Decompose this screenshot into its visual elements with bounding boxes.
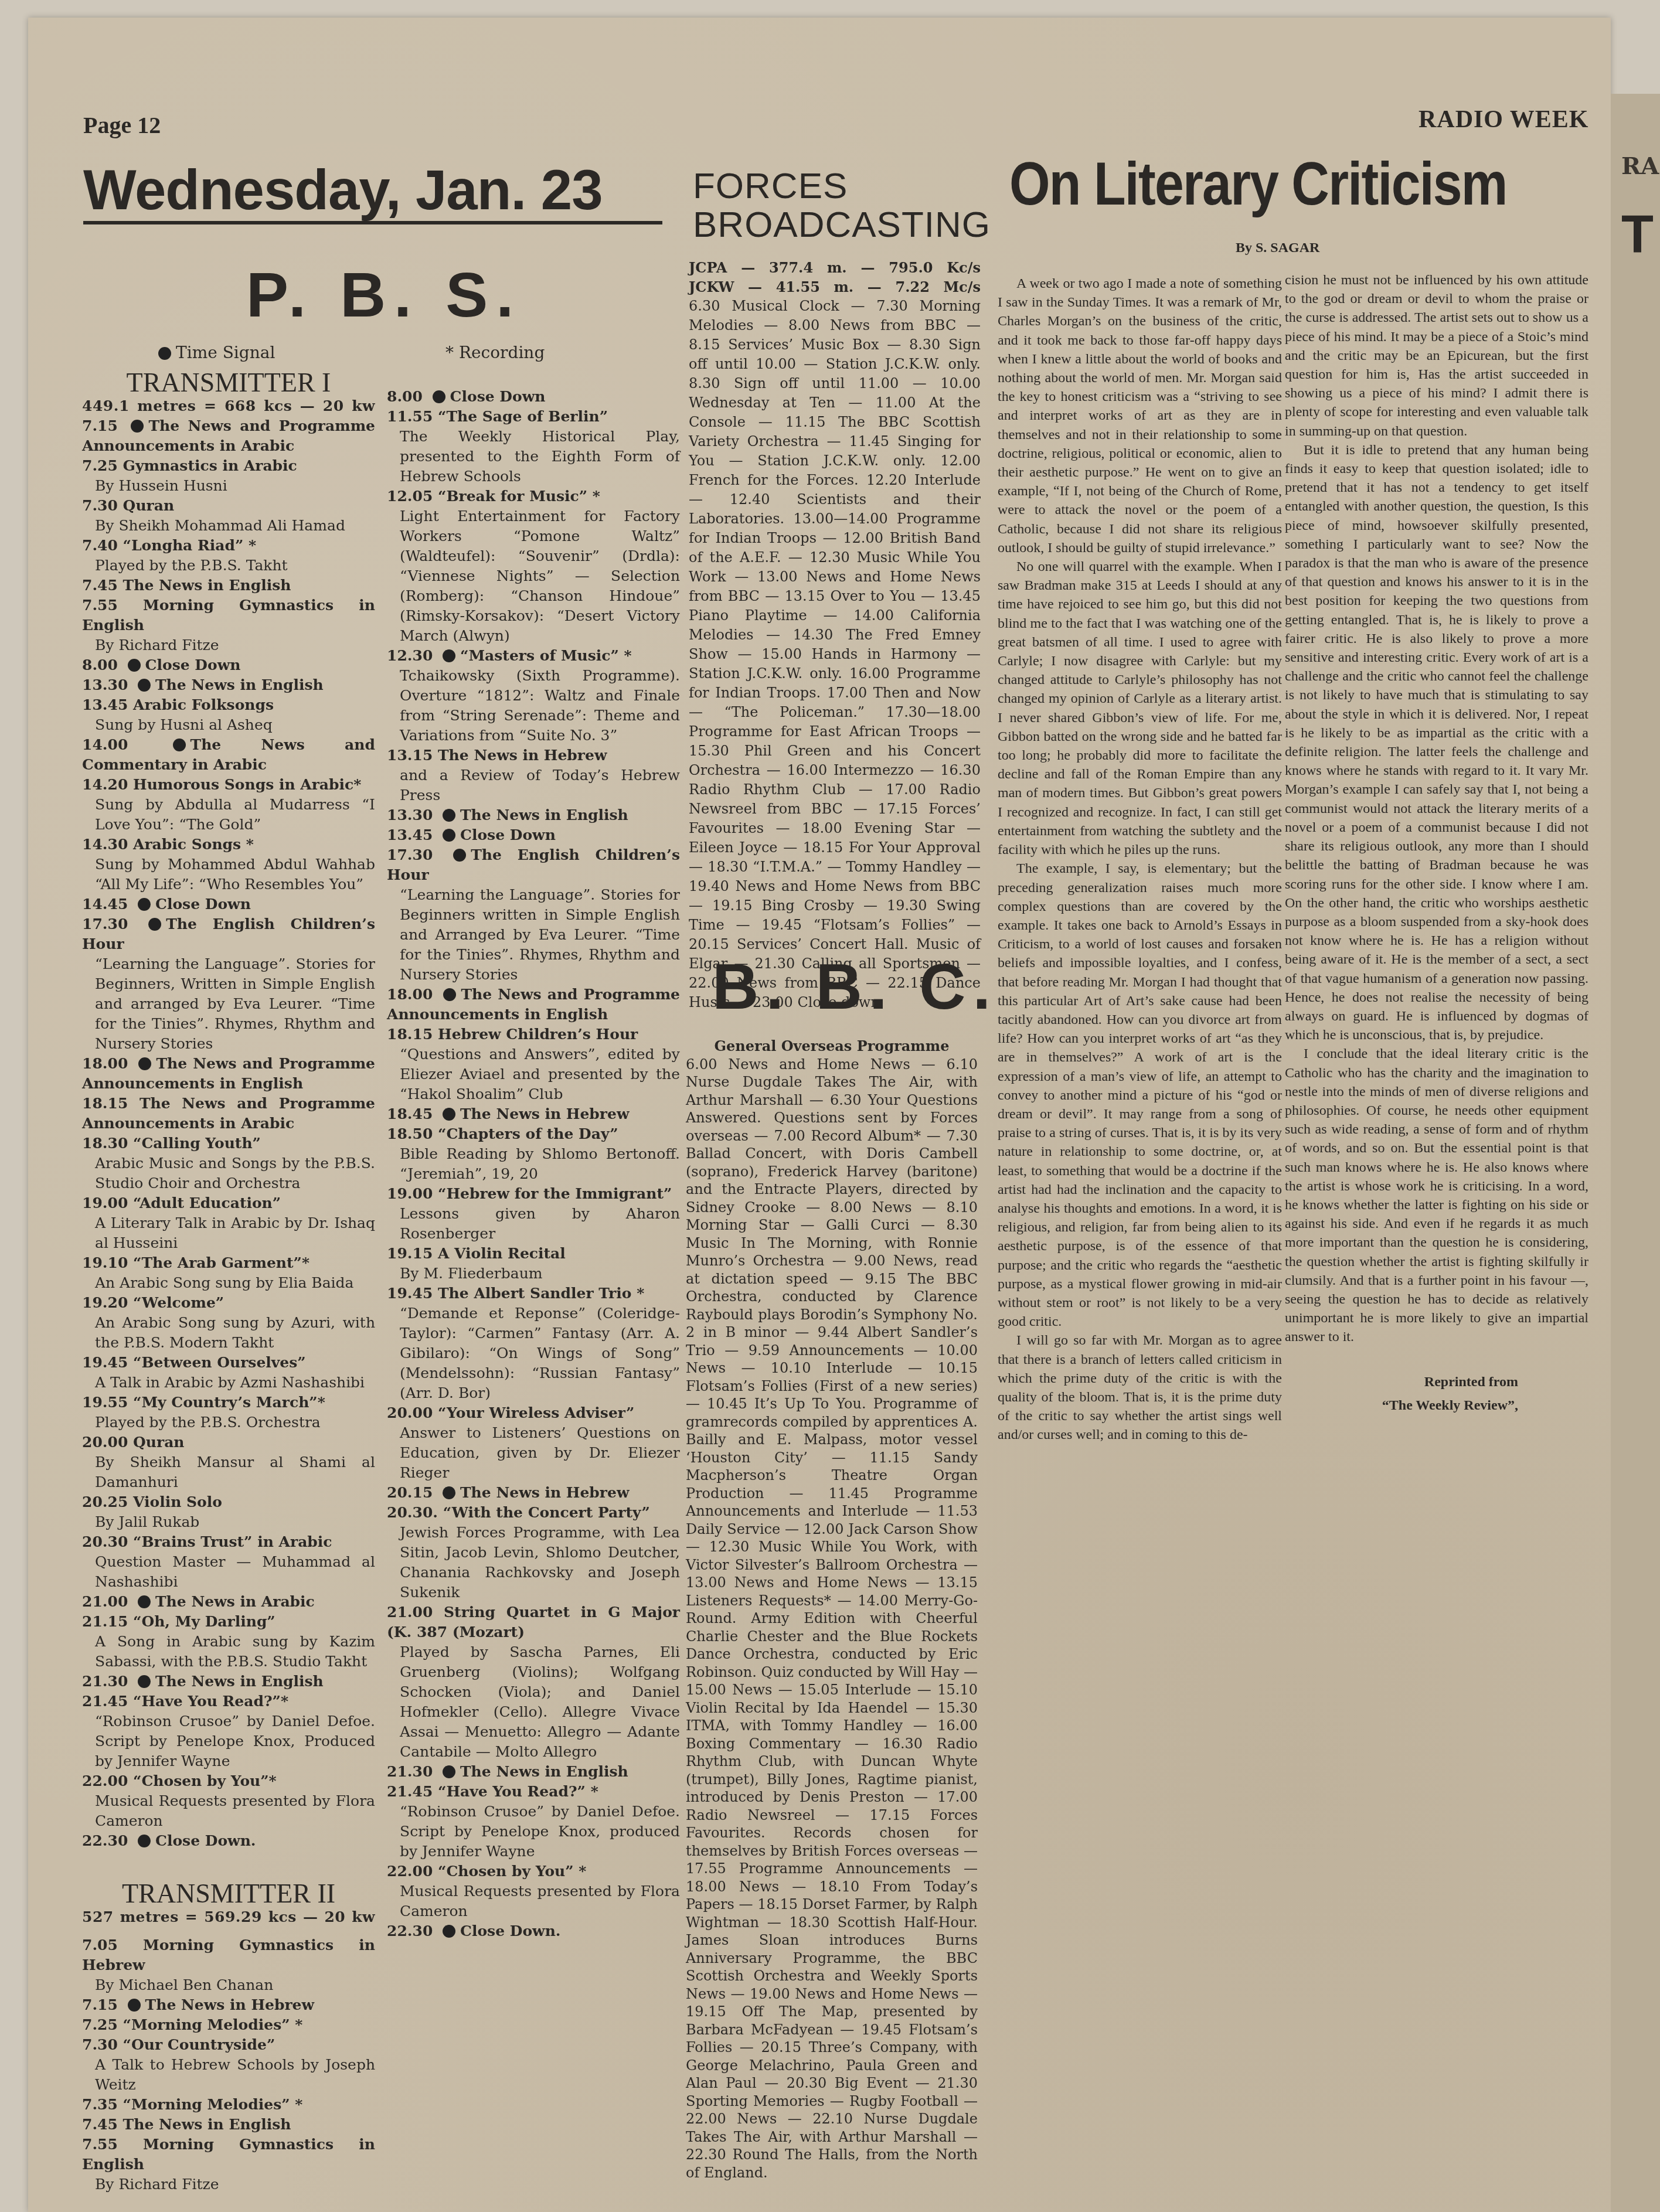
- time-signal-dot-icon: [443, 1925, 455, 1938]
- entry-title: The News in English: [155, 676, 324, 693]
- entry-title: Morning Gymnastics in Hebrew: [82, 1937, 375, 1973]
- entry-title: “My Country’s March”*: [133, 1394, 325, 1411]
- time-signal-dot-icon: [138, 1835, 151, 1847]
- entry-description: A Talk in Arabic by Azmi Nashashibi: [82, 1373, 375, 1393]
- time-signal-dot-icon: [138, 1675, 151, 1688]
- entry-description: By Richard Fitze: [82, 2174, 375, 2194]
- entry-title: “Welcome”: [133, 1294, 224, 1311]
- schedule-entry: 7.30 “Our Countryside”A Talk to Hebrew S…: [82, 2035, 375, 2095]
- entry-title: “Calling Youth”: [133, 1135, 261, 1152]
- article-column-right: cision he must not be influenced by his …: [1285, 271, 1588, 1417]
- entry-description: Sung by Mohammed Abdul Wahhab “All My Li…: [82, 855, 375, 894]
- entry-title: Arabic Songs *: [133, 836, 254, 853]
- transmitter-1-frequency: 449.1 metres = 668 kcs — 20 kw: [82, 396, 375, 416]
- entry-time: 17.30: [82, 916, 128, 933]
- entry-time: 20.15: [387, 1484, 433, 1501]
- entry-time: 20.00: [82, 1434, 128, 1451]
- entry-title: The News in Hebrew: [145, 1996, 314, 2013]
- entry-title: Gymnastics in Arabic: [123, 457, 297, 474]
- entry-time: 13.15: [387, 747, 433, 764]
- transmitter-2-schedule-morning: 7.05 Morning Gymnastics in HebrewBy Mich…: [82, 1935, 375, 2194]
- entry-time: 22.00: [82, 1772, 128, 1789]
- entry-description: A Song in Arabic sung by Kazim Sabassi, …: [82, 1632, 375, 1672]
- heading-rule: [83, 221, 662, 224]
- entry-description: A Talk to Hebrew Schools by Joseph Weitz: [82, 2055, 375, 2095]
- schedule-entry: 21.00 The News in Arabic: [82, 1592, 375, 1612]
- schedule-entry: 19.15 A Violin RecitalBy M. Fliederbaum: [387, 1244, 680, 1284]
- entry-time: 18.45: [387, 1105, 433, 1122]
- entry-time: 14.20: [82, 776, 128, 793]
- entry-description: By Michael Ben Chanan: [82, 1975, 375, 1995]
- schedule-entry: 22.30 Close Down.: [387, 1921, 680, 1941]
- entry-time: 19.15: [387, 1245, 433, 1262]
- entry-description: By Sheikh Mansur al Shami al Damanhuri: [82, 1452, 375, 1492]
- entry-time: 13.30: [82, 676, 128, 693]
- schedule-entry: 21.15 “Oh, My Darling”A Song in Arabic s…: [82, 1612, 375, 1672]
- time-signal-dot-icon: [128, 1999, 141, 2012]
- entry-title: The News in Hebrew: [460, 1105, 629, 1122]
- entry-time: 7.40: [82, 537, 118, 554]
- schedule-entry: 18.45 The News in Hebrew: [387, 1104, 680, 1124]
- entry-title: The News in English: [123, 2116, 291, 2133]
- entry-description: “Demande et Reponse” (Coleridge-Taylor):…: [387, 1304, 680, 1403]
- entry-title: The News and Programme Announcements in …: [82, 417, 375, 454]
- entry-time: 7.45: [82, 2116, 118, 2133]
- schedule-entry: 7.45 The News in English: [82, 2115, 375, 2135]
- schedule-entry: 18.50 “Chapters of the Day”Bible Reading…: [387, 1124, 680, 1184]
- schedule-entry: 21.30 The News in English: [82, 1672, 375, 1692]
- entry-time: 18.00: [82, 1055, 128, 1072]
- schedule-entry: 12.05 “Break for Music” *Light Entertain…: [387, 486, 680, 646]
- time-signal-dot-icon: [443, 1108, 455, 1121]
- schedule-entry: 7.55 Morning Gymnastics in EnglishBy Ric…: [82, 595, 375, 655]
- entry-title: Close Down: [145, 656, 241, 673]
- article-paragraph: cision he must not be influenced by his …: [1285, 271, 1588, 441]
- entry-time: 20.30.: [387, 1504, 438, 1521]
- entry-time: 19.45: [387, 1285, 433, 1302]
- time-signal-dot-icon: [443, 1486, 455, 1499]
- entry-time: 19.45: [82, 1354, 128, 1371]
- schedule-entry: 18.30 “Calling Youth”Arabic Music and So…: [82, 1134, 375, 1193]
- entry-time: 21.00: [82, 1593, 128, 1610]
- entry-time: 21.30: [82, 1673, 128, 1690]
- schedule-entry: 12.30 “Masters of Music” *Tchaikowsky (S…: [387, 646, 680, 746]
- entry-title: “Between Ourselves”: [133, 1354, 306, 1371]
- bbc-subtitle: General Overseas Programme: [686, 1037, 978, 1056]
- schedule-entry: 14.20 Humorous Songs in Arabic*Sung by A…: [82, 775, 375, 835]
- schedule-entry: 18.15 The News and Programme Announcemen…: [82, 1094, 375, 1134]
- entry-title: “Your Wireless Adviser”: [438, 1404, 634, 1421]
- schedule-entry: 7.55 Morning Gymnastics in EnglishBy Ric…: [82, 2135, 375, 2194]
- entry-time: 21.45: [82, 1693, 128, 1710]
- entry-time: 22.00: [387, 1863, 433, 1880]
- entry-time: 18.15: [387, 1026, 433, 1043]
- entry-title: “Chapters of the Day”: [438, 1125, 618, 1142]
- entry-description: Arabic Music and Songs by the P.B.S. Stu…: [82, 1153, 375, 1193]
- entry-time: 14.00: [82, 736, 128, 753]
- schedule-date-heading: Wednesday, Jan. 23: [83, 158, 603, 223]
- entry-description: Answer to Listeners’ Questions on Educat…: [387, 1423, 680, 1483]
- entry-time: 18.15: [82, 1095, 128, 1112]
- legend-recording: * Recording: [445, 343, 545, 362]
- entry-time: 19.00: [387, 1185, 433, 1202]
- schedule-entry: 18.00 The News and Programme Announcemen…: [82, 1054, 375, 1094]
- time-signal-dot-icon: [138, 679, 151, 692]
- schedule-entry: 7.25 Gymnastics in ArabicBy Hussein Husn…: [82, 456, 375, 496]
- entry-description: Light Entertainment for Factory Workers …: [387, 506, 680, 646]
- schedule-entry: 19.00 “Adult Education”A Literary Talk i…: [82, 1193, 375, 1253]
- entry-time: 21.15: [82, 1613, 128, 1630]
- publication-name: RADIO WEEK: [1419, 106, 1588, 134]
- entry-time: 19.00: [82, 1195, 128, 1212]
- reprint-credit: Reprinted from“The Weekly Review”,: [1285, 1370, 1588, 1417]
- entry-title: The News in Hebrew: [460, 1484, 629, 1501]
- time-signal-dot-icon: [128, 659, 141, 672]
- schedule-entry: 19.55 “My Country’s March”*Played by the…: [82, 1393, 375, 1432]
- schedule-entry: 14.30 Arabic Songs *Sung by Mohammed Abd…: [82, 835, 375, 894]
- schedule-entry: 13.30 The News in English: [82, 675, 375, 695]
- entry-time: 19.55: [82, 1394, 128, 1411]
- entry-time: 7.15: [82, 417, 118, 434]
- entry-title: “Longha Riad” *: [123, 537, 256, 554]
- entry-title: Morning Gymnastics in English: [82, 2136, 375, 2173]
- schedule-entry: 13.45 Close Down: [387, 825, 680, 845]
- article-paragraph: I will go so far with Mr. Morgan as to a…: [998, 1331, 1282, 1444]
- time-signal-dot-icon: [443, 829, 455, 842]
- schedule-entry: 22.00 “Chosen by You”*Musical Requests p…: [82, 1771, 375, 1831]
- time-signal-dot-icon: [443, 649, 455, 662]
- pbs-column-2: 8.00 Close Down11.55 “The Sage of Berlin…: [387, 360, 680, 1941]
- entry-description: Musical Requests presented by Flora Came…: [387, 1881, 680, 1921]
- entry-title: “Brains Trust” in Arabic: [133, 1533, 332, 1550]
- entry-description: An Arabic Song sung by Elia Baida: [82, 1273, 375, 1293]
- entry-description: By M. Fliederbaum: [387, 1264, 680, 1284]
- schedule-entry: 20.30. “With the Concert Party”Jewish Fo…: [387, 1503, 680, 1602]
- schedule-entry: 18.15 Hebrew Children’s Hour“Questions a…: [387, 1025, 680, 1104]
- entry-description: Sung by Abdulla al Mudarress “I Love You…: [82, 795, 375, 835]
- entry-time: 18.30: [82, 1135, 128, 1152]
- entry-time: 21.45: [387, 1783, 433, 1800]
- pbs-column-1: TRANSMITTER I 449.1 metres = 668 kcs — 2…: [82, 369, 375, 2194]
- transmitter-2-frequency: 527 metres = 569.29 kcs — 20 kw: [82, 1907, 375, 1927]
- schedule-entry: 21.45 “Have You Read?”*“Robinson Crusoe”…: [82, 1692, 375, 1771]
- adjacent-page-edge: RA T: [1611, 94, 1660, 2212]
- time-signal-dot-icon: [148, 918, 161, 931]
- time-signal-dot-icon: [138, 898, 151, 911]
- entry-description: “Robinson Crusoe” by Daniel Defoe. Scrip…: [387, 1802, 680, 1862]
- entry-time: 7.25: [82, 457, 118, 474]
- entry-title: “The Sage of Berlin”: [438, 408, 608, 425]
- entry-title: Quran: [133, 1434, 185, 1451]
- page-number: Page 12: [83, 111, 161, 139]
- entry-title: Close Down: [450, 388, 546, 405]
- article-byline: By S. SAGAR: [1236, 240, 1319, 256]
- entry-description: “Questions and Answers”, edited by Eliez…: [387, 1044, 680, 1104]
- schedule-entry: 7.35 “Morning Melodies” *: [82, 2095, 375, 2115]
- entry-description: and a Review of Today’s Hebrew Press: [387, 765, 680, 805]
- entry-time: 18.50: [387, 1125, 433, 1142]
- entry-title: “Masters of Music” *: [460, 647, 632, 664]
- forces-frequency-jckw: JCKW — 41.55 m. — 7.22 Mc/s: [689, 277, 981, 297]
- entry-description: Question Master — Muhammad al Nashashibi: [82, 1552, 375, 1592]
- time-signal-dot-icon: [131, 420, 144, 433]
- time-signal-dot-icon: [173, 739, 186, 751]
- entry-title: Close Down.: [460, 1922, 561, 1939]
- article-title: On Literary Criticism: [1009, 149, 1507, 219]
- bbc-programme-text: 6.00 News and Home News — 6.10 Nurse Dug…: [686, 1056, 978, 2181]
- entry-description: “Learning the Language”. Stories for Beg…: [387, 885, 680, 985]
- entry-title: “The Arab Garment”*: [133, 1254, 309, 1271]
- schedule-entry: 17.30 The English Children’s Hour“Learni…: [387, 845, 680, 985]
- entry-title: Close Down.: [155, 1832, 256, 1849]
- entry-time: 7.30: [82, 497, 118, 514]
- entry-title: Morning Gymnastics in English: [82, 597, 375, 634]
- entry-time: 7.30: [82, 2036, 118, 2053]
- entry-title: The News in Arabic: [155, 1593, 315, 1610]
- entry-title: “Chosen by You”*: [133, 1772, 277, 1789]
- entry-time: 22.30: [82, 1832, 128, 1849]
- entry-time: 13.30: [387, 806, 433, 823]
- article-paragraph: The example, I say, is elementary; but t…: [998, 859, 1282, 1331]
- entry-title: The News in English: [123, 577, 291, 594]
- entry-description: Sung by Husni al Asheq: [82, 715, 375, 735]
- schedule-entry: 7.15 The News and Programme Announcement…: [82, 416, 375, 456]
- entry-description: “Robinson Crusoe” by Daniel Defoe. Scrip…: [82, 1711, 375, 1771]
- schedule-entry: 17.30 The English Children’s Hour“Learni…: [82, 914, 375, 1054]
- entry-title: A Violin Recital: [438, 1245, 566, 1262]
- transmitter-1-heading: TRANSMITTER I: [82, 369, 375, 396]
- schedule-entry: 19.20 “Welcome”An Arabic Song sung by Az…: [82, 1293, 375, 1353]
- article-paragraph: I conclude that the ideal literary criti…: [1285, 1044, 1588, 1346]
- entry-description: By Jalil Rukab: [82, 1512, 375, 1532]
- entry-description: Jewish Forces Programme, with Lea Sitin,…: [387, 1523, 680, 1602]
- entry-description: Played by the P.B.S. Takht: [82, 556, 375, 576]
- entry-time: 20.25: [82, 1493, 128, 1510]
- entry-title: “Break for Music” *: [438, 488, 600, 505]
- time-signal-dot-icon: [138, 1057, 151, 1070]
- entry-time: 12.30: [387, 647, 433, 664]
- adjacent-page-fragment: RA: [1621, 152, 1659, 180]
- entry-time: 22.30: [387, 1922, 433, 1939]
- entry-time: 7.05: [82, 1937, 118, 1954]
- bbc-heading: B. B. C.: [712, 950, 998, 1024]
- entry-title: The News in English: [155, 1673, 324, 1690]
- time-signal-dot-icon: [453, 849, 466, 862]
- schedule-entry: 20.30 “Brains Trust” in ArabicQuestion M…: [82, 1532, 375, 1592]
- entry-time: 14.30: [82, 836, 128, 853]
- forces-broadcasting-heading: FORCES BROADCASTING: [693, 167, 991, 244]
- schedule-entry: 14.00 The News and Commentary in Arabic: [82, 735, 375, 775]
- entry-time: 7.25: [82, 2016, 118, 2033]
- schedule-entry: 8.00 Close Down: [387, 387, 680, 407]
- schedule-entry: 22.00 “Chosen by You” *Musical Requests …: [387, 1862, 680, 1921]
- entry-time: 19.10: [82, 1254, 128, 1271]
- schedule-entry: 20.00 “Your Wireless Adviser”Answer to L…: [387, 1403, 680, 1483]
- entry-description: By Hussein Husni: [82, 476, 375, 496]
- entry-time: 7.35: [82, 2096, 118, 2113]
- entry-description: Musical Requests presented by Flora Came…: [82, 1791, 375, 1831]
- entry-title: Arabic Folksongs: [133, 696, 274, 713]
- schedule-entry: 7.25 “Morning Melodies” *: [82, 2015, 375, 2035]
- schedule-entry: 21.30 The News in English: [387, 1762, 680, 1782]
- transmitter-1-schedule: 7.15 The News and Programme Announcement…: [82, 416, 375, 1851]
- entry-description: “Learning the Language”. Stories for Beg…: [82, 954, 375, 1054]
- schedule-entry: 18.00 The News and Programme Announcemen…: [387, 985, 680, 1025]
- entry-description: Played by Sascha Parnes, Eli Gruenberg (…: [387, 1642, 680, 1762]
- entry-time: 8.00: [82, 656, 118, 673]
- article-paragraph: But it is idle to pretend that any human…: [1285, 441, 1588, 1045]
- entry-title: Close Down: [460, 826, 556, 843]
- entry-title: “Have You Read?”*: [133, 1693, 288, 1710]
- time-signal-dot-icon: [443, 809, 455, 822]
- entry-title: Violin Solo: [133, 1493, 222, 1510]
- schedule-entry: 7.30 QuranBy Sheikh Mohammad Ali Hamad: [82, 496, 375, 536]
- schedule-entry: 7.45 The News in English: [82, 576, 375, 595]
- entry-description: By Richard Fitze: [82, 635, 375, 655]
- article-paragraph: No one will quarrel with the example. Wh…: [998, 557, 1282, 859]
- entry-time: 14.45: [82, 896, 128, 913]
- entry-title: The News in English: [460, 806, 628, 823]
- entry-time: 21.30: [387, 1763, 433, 1780]
- entry-title: Close Down: [155, 896, 251, 913]
- schedule-entry: 20.15 The News in Hebrew: [387, 1483, 680, 1503]
- article-column-left: A week or two ago I made a note of somet…: [998, 274, 1282, 1445]
- transmitter-2-heading: TRANSMITTER II: [82, 1880, 375, 1907]
- entry-description: The Weekly Historical Play, presented to…: [387, 427, 680, 486]
- entry-title: Quran: [123, 497, 175, 514]
- forces-schedule: JCPA — 377.4 m. — 795.0 Kc/s JCKW — 41.5…: [689, 258, 981, 1012]
- article-paragraph: A week or two ago I made a note of somet…: [998, 274, 1282, 557]
- entry-time: 21.00: [387, 1604, 433, 1621]
- entry-time: 13.45: [387, 826, 433, 843]
- entry-description: A Literary Talk in Arabic by Dr. Ishaq a…: [82, 1213, 375, 1253]
- schedule-entry: 19.45 “Between Ourselves”A Talk in Arabi…: [82, 1353, 375, 1393]
- entry-title: “Chosen by You” *: [438, 1863, 586, 1880]
- schedule-entry: 22.30 Close Down.: [82, 1831, 375, 1851]
- adjacent-page-fragment-large: T: [1621, 205, 1654, 266]
- entry-title: “With the Concert Party”: [443, 1504, 650, 1521]
- schedule-entry: 7.40 “Longha Riad” *Played by the P.B.S.…: [82, 536, 375, 576]
- schedule-entry: 11.55 “The Sage of Berlin”The Weekly His…: [387, 407, 680, 486]
- schedule-entry: 20.25 Violin SoloBy Jalil Rukab: [82, 1492, 375, 1532]
- entry-title: “Our Countryside”: [123, 2036, 275, 2053]
- entry-time: 11.55: [387, 408, 433, 425]
- time-signal-dot-icon: [443, 1765, 455, 1778]
- schedule-entry: 8.00 Close Down: [82, 655, 375, 675]
- time-signal-dot-icon: [158, 347, 171, 360]
- time-signal-dot-icon: [443, 988, 456, 1001]
- entry-description: By Sheikh Mohammad Ali Hamad: [82, 516, 375, 536]
- entry-time: 18.00: [387, 986, 433, 1003]
- entry-title: Humorous Songs in Arabic*: [133, 776, 361, 793]
- entry-title: “Adult Education”: [133, 1195, 281, 1212]
- bbc-schedule: General Overseas Programme 6.00 News and…: [686, 1037, 978, 2182]
- entry-title: “Have You Read?” *: [438, 1783, 598, 1800]
- schedule-entry: 19.00 “Hebrew for the Immigrant”Lessons …: [387, 1184, 680, 1244]
- entry-title: The News in Hebrew: [438, 747, 607, 764]
- forces-frequency-jcpa: JCPA — 377.4 m. — 795.0 Kc/s: [689, 258, 981, 277]
- entry-description: An Arabic Song sung by Azuri, with the P…: [82, 1313, 375, 1353]
- entry-time: 17.30: [387, 846, 433, 863]
- entry-time: 7.55: [82, 2136, 118, 2153]
- entry-description: Tchaikowsky (Sixth Programme). Overture …: [387, 666, 680, 746]
- entry-title: The News in English: [460, 1763, 628, 1780]
- entry-title: “Morning Melodies” *: [123, 2016, 303, 2033]
- entry-time: 7.45: [82, 577, 118, 594]
- entry-description: Lessons given by Aharon Rosenberger: [387, 1204, 680, 1244]
- legend-time-signal: Time Signal: [154, 343, 275, 362]
- schedule-entry: 21.45 “Have You Read?” *“Robinson Crusoe…: [387, 1782, 680, 1862]
- entry-title: The Albert Sandler Trio *: [438, 1285, 644, 1302]
- entry-title: “Oh, My Darling”: [133, 1613, 275, 1630]
- forces-programme-text: 6.30 Musical Clock — 7.30 Morning Melodi…: [689, 298, 981, 1010]
- entry-title: “Hebrew for the Immigrant”: [438, 1185, 672, 1202]
- schedule-entry: 13.45 Arabic FolksongsSung by Husni al A…: [82, 695, 375, 735]
- schedule-entry: 7.15 The News in Hebrew: [82, 1995, 375, 2015]
- entry-time: 7.15: [82, 1996, 118, 2013]
- entry-time: 20.30: [82, 1533, 128, 1550]
- transmitter-2-schedule-continued: 8.00 Close Down11.55 “The Sage of Berlin…: [387, 387, 680, 1941]
- time-signal-dot-icon: [433, 390, 445, 403]
- entry-description: Bible Reading by Shlomo Bertonoff. “Jere…: [387, 1144, 680, 1184]
- schedule-entry: 19.45 The Albert Sandler Trio *“Demande …: [387, 1284, 680, 1403]
- entry-time: 19.20: [82, 1294, 128, 1311]
- entry-time: 8.00: [387, 388, 423, 405]
- entry-time: 7.55: [82, 597, 118, 614]
- entry-description: Played by the P.B.S. Orchestra: [82, 1413, 375, 1432]
- schedule-entry: 19.10 “The Arab Garment”*An Arabic Song …: [82, 1253, 375, 1293]
- entry-title: Hebrew Children’s Hour: [438, 1026, 638, 1043]
- entry-title: “Morning Melodies” *: [123, 2096, 303, 2113]
- schedule-entry: 13.15 The News in Hebrewand a Review of …: [387, 746, 680, 805]
- schedule-entry: 7.05 Morning Gymnastics in HebrewBy Mich…: [82, 1935, 375, 1995]
- entry-time: 12.05: [387, 488, 433, 505]
- schedule-entry: 14.45 Close Down: [82, 894, 375, 914]
- schedule-entry: 21.00 String Quartet in G Major (K. 387 …: [387, 1602, 680, 1762]
- pbs-heading: P. B. S.: [246, 258, 522, 331]
- schedule-entry: 20.00 QuranBy Sheikh Mansur al Shami al …: [82, 1432, 375, 1492]
- time-signal-dot-icon: [138, 1595, 151, 1608]
- entry-time: 13.45: [82, 696, 128, 713]
- schedule-entry: 13.30 The News in English: [387, 805, 680, 825]
- entry-time: 20.00: [387, 1404, 433, 1421]
